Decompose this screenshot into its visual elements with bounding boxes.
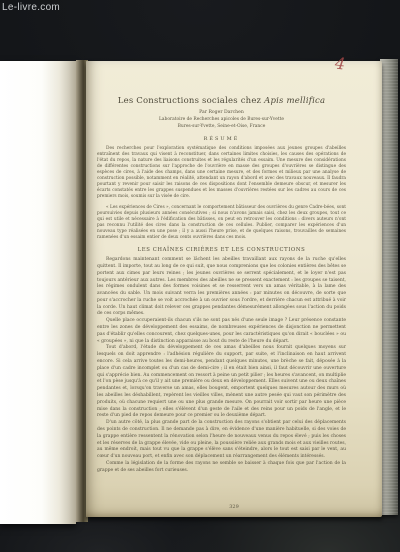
page-title-text: Les Constructions sociales chez (118, 96, 264, 106)
body-paragraph: Tout d'abord, l'étude du développement d… (97, 345, 346, 420)
page-title: Les Constructions sociales chez Apis mel… (97, 97, 346, 107)
resume-paragraph: Des recherches pour l'exploration systém… (97, 146, 346, 201)
page-number: 329 (86, 504, 382, 510)
species-name: Apis mellifica (264, 96, 325, 106)
watermark-text: Le-livre.com (2, 2, 60, 13)
scanned-page: Les Constructions sociales chez Apis mel… (86, 61, 382, 517)
byline: Par Roger Darchen (97, 110, 346, 115)
resume-paragraph: « Les expériences de Cires », concernant… (97, 205, 346, 242)
affiliation-line-2: Bures-sur-Yvette, Seine-et-Oise, France (97, 124, 346, 129)
affiliation-line-1: Laboratoire de Recherches apicoles de Bu… (97, 117, 346, 122)
section-heading: LES CHAÎNES CIRIÈRES ET LES CONSTRUCTION… (97, 247, 346, 253)
book-page-edges (380, 59, 398, 515)
body-paragraph: Regardons maintenant comment se lâchent … (97, 257, 346, 318)
body-paragraph: Comme la législation de la forme des ray… (97, 461, 346, 475)
resume-heading: RÉSUMÉ (97, 136, 346, 142)
page-content: Les Constructions sociales chez Apis mel… (97, 61, 346, 475)
facing-page (0, 61, 76, 524)
body-paragraph: Quelle place occuperaient-ils chacun s'i… (97, 318, 346, 345)
body-paragraph: D'un autre côté, la plus grande part de … (97, 420, 346, 461)
